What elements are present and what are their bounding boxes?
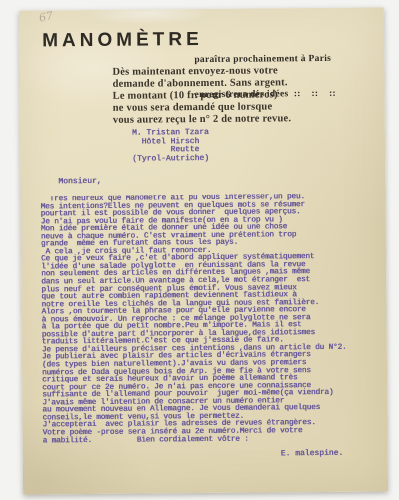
recipient-address: M. Tristan Tzara Hôtel Hirsch Reutte(Tyr… — [132, 129, 209, 164]
letter-body: Très heureux que Manomètre ait pu vous i… — [41, 193, 384, 445]
pencil-number-annotation: 67 — [38, 9, 54, 24]
letter-paper: 67 MANOMÈTRE paraîtra prochainement à Pa… — [19, 7, 388, 494]
body-line: a mabilité. Bien cordialement vôtre : — [43, 435, 384, 446]
notice-line: vous aurez reçu le n° 2 de notre revue. — [113, 113, 291, 127]
subscription-notice: Dès maintenant envoyez-nous votredemande… — [112, 65, 291, 127]
address-line: (Tyrol-Autriche) — [132, 155, 209, 164]
salutation: Monsieur, — [58, 178, 101, 187]
signature: E. malespine. — [281, 449, 343, 459]
scanned-letter: 67 MANOMÈTRE paraîtra prochainement à Pa… — [0, 0, 399, 500]
masthead-title: MANOMÈTRE — [42, 29, 203, 52]
